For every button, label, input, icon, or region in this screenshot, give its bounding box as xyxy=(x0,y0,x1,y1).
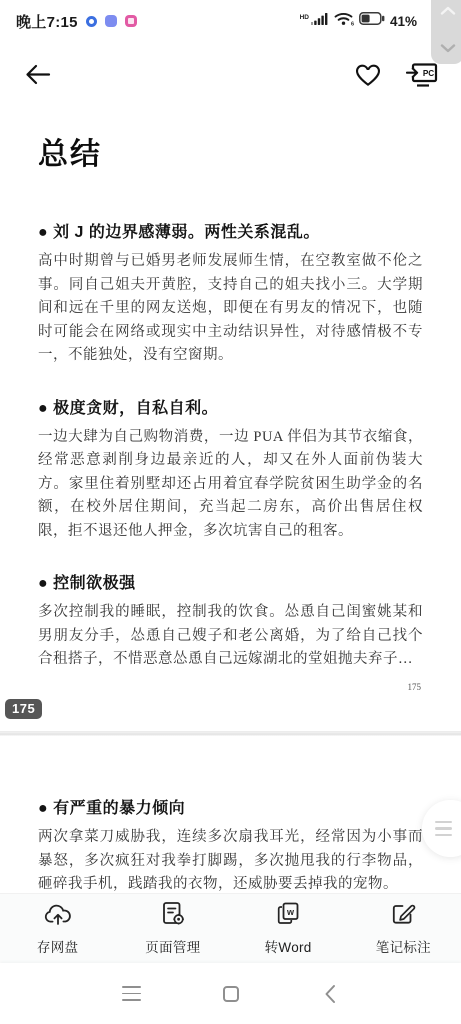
favorite-heart-icon[interactable] xyxy=(354,61,382,87)
cloud-upload-icon xyxy=(44,902,72,931)
section-1-body: 高中时期曾与已婚男老师发展师生情，在空教室做不伦之事。同自己姐夫开黄腔，支持自己… xyxy=(38,250,423,368)
handle-line-icon xyxy=(435,827,452,829)
word-convert-icon: w xyxy=(275,901,301,931)
doc-title: 总结 xyxy=(38,136,423,174)
svg-text:PC: PC xyxy=(423,69,434,78)
tool-label: 页面管理 xyxy=(145,936,200,956)
clock: 晚上7:15 xyxy=(16,11,78,32)
section-4-body: 两次拿菜刀威胁我，连续多次扇我耳光，经常因为小事而暴怒，多次疯狂对我拳打脚踢，多… xyxy=(38,826,423,893)
back-icon[interactable] xyxy=(317,981,343,1007)
doc-section-4: ● 有严重的暴力倾向 两次拿菜刀威胁我，连续多次扇我耳光，经常因为小事而暴怒，多… xyxy=(38,798,423,893)
battery-percent: 41% xyxy=(390,14,417,29)
section-2-heading: ● 极度贪财，自私自利。 xyxy=(38,398,423,420)
notification-app-icon-2 xyxy=(105,15,117,27)
document-page-1: 总结 ● 刘 J 的边界感薄弱。两性关系混乱。 高中时期曾与已婚男老师发展师生情… xyxy=(0,100,461,702)
svg-text:w: w xyxy=(286,907,295,917)
status-left: 晚上7:15 xyxy=(16,11,137,32)
notification-app-icon-1 xyxy=(86,16,97,27)
section-4-heading: ● 有严重的暴力倾向 xyxy=(38,798,423,820)
phone-screen: 晚上7:15 HD 6 xyxy=(0,0,461,1024)
section-3-body: 多次控制我的睡眠，控制我的饮食。怂恿自己闺蜜姚某和男朋友分手，怂恿自己嫂子和老公… xyxy=(38,601,423,672)
note-annotate-button[interactable]: 笔记标注 xyxy=(368,901,438,956)
status-right: HD 6 xyxy=(300,12,447,31)
signal-bars-icon xyxy=(311,12,329,30)
doc-section-3: ● 控制欲极强 多次控制我的睡眠，控制我的饮食。怂恿自己闺蜜姚某和男朋友分手，怂… xyxy=(38,573,423,672)
chevron-down-icon[interactable] xyxy=(431,41,461,57)
section-3-heading: ● 控制欲极强 xyxy=(38,573,423,595)
status-bar: 晚上7:15 HD 6 xyxy=(0,0,461,36)
back-arrow-icon[interactable] xyxy=(24,63,51,86)
page-number-footer: 175 xyxy=(408,682,422,692)
handle-line-icon xyxy=(435,834,452,836)
recent-apps-icon[interactable] xyxy=(118,981,144,1007)
home-square xyxy=(223,986,239,1002)
tool-label: 存网盘 xyxy=(37,936,78,956)
section-1-heading: ● 刘 J 的边界感薄弱。两性关系混乱。 xyxy=(38,222,423,244)
quick-scroll-widget[interactable] xyxy=(431,0,461,64)
section-2-body: 一边大肆为自己购物消费，一边 PUA 伴侣为其节衣缩食，经常恶意剥削身边最亲近的… xyxy=(38,426,423,544)
doc-section-2: ● 极度贪财，自私自利。 一边大肆为自己购物消费，一边 PUA 伴侣为其节衣缩食… xyxy=(38,398,423,544)
doc-section-1: ● 刘 J 的边界感薄弱。两性关系混乱。 高中时期曾与已婚男老师发展师生情，在空… xyxy=(38,222,423,368)
notification-app-icon-3 xyxy=(125,15,137,27)
wifi-6-icon: 6 xyxy=(334,12,354,31)
page-manage-button[interactable]: 页面管理 xyxy=(138,901,208,956)
app-nav-bar: PC xyxy=(0,48,461,100)
bottom-toolbar: 存网盘 页面管理 w 转Wor xyxy=(0,893,461,963)
menu-lines xyxy=(122,986,141,1000)
battery-icon xyxy=(359,12,385,30)
system-nav-bar xyxy=(0,963,461,1024)
note-annotate-icon xyxy=(390,901,416,931)
document-page-2: ● 有严重的暴力倾向 两次拿菜刀威胁我，连续多次扇我耳光，经常因为小事而暴怒，多… xyxy=(0,736,461,893)
svg-text:6: 6 xyxy=(351,21,354,26)
home-icon[interactable] xyxy=(218,981,244,1007)
save-to-cloud-button[interactable]: 存网盘 xyxy=(23,902,93,956)
page-indicator-badge: 175 xyxy=(5,699,42,719)
convert-word-button[interactable]: w 转Word xyxy=(253,901,323,956)
tool-label: 笔记标注 xyxy=(376,936,431,956)
hd-volte-label: HD xyxy=(300,14,309,21)
chevron-up-icon[interactable] xyxy=(431,3,461,19)
page-manage-icon xyxy=(160,901,186,931)
send-to-pc-icon[interactable]: PC xyxy=(406,61,439,88)
tool-label: 转Word xyxy=(265,936,312,956)
handle-line-icon xyxy=(435,821,452,823)
